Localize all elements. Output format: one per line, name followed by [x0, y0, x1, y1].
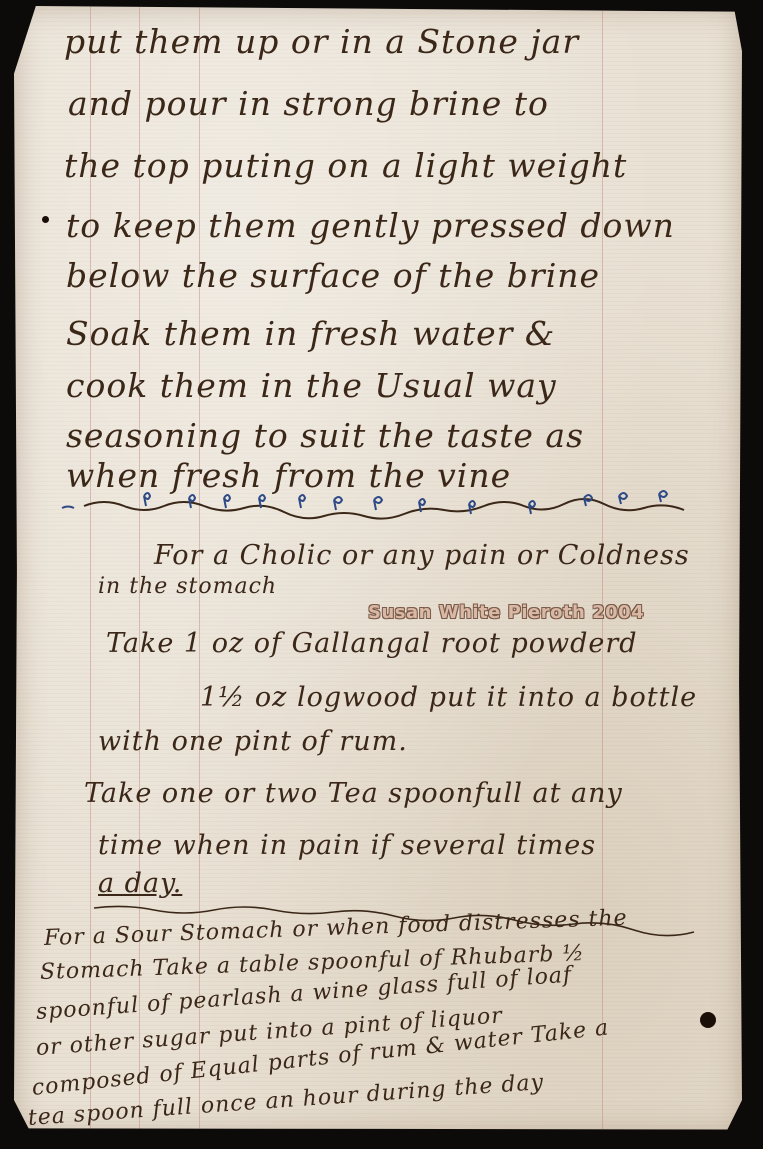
scanned-page-image: put them up or in a Stone jar and pour i… — [0, 0, 763, 1149]
ornamental-divider — [54, 484, 734, 524]
text-line: seasoning to suit the taste as — [66, 416, 584, 455]
text-line: 1½ oz logwood put it into a bottle — [200, 682, 697, 713]
ink-dot — [42, 216, 49, 223]
remedy-heading: in the stomach — [98, 574, 277, 599]
text-line: and pour in strong brine to — [68, 84, 549, 123]
text-line: a day. — [98, 868, 182, 899]
text-line: Take 1 oz of Gallangal root powderd — [106, 628, 638, 659]
manuscript-page: put them up or in a Stone jar and pour i… — [14, 6, 742, 1134]
text-line: put them up or in a Stone jar — [64, 22, 579, 61]
text-line: with one pint of rum. — [98, 726, 408, 757]
text-line: time when in pain if several times — [98, 830, 596, 861]
text-line: Soak them in fresh water & — [66, 314, 555, 353]
copyright-watermark: Susan White Pieroth 2004 — [368, 602, 644, 623]
text-line: below the surface of the brine — [66, 256, 600, 295]
remedy-heading: For a Cholic or any pain or Coldness — [154, 540, 690, 571]
text-line: Take one or two Tea spoonfull at any — [84, 778, 623, 809]
text-line: to keep them gently pressed down — [66, 206, 675, 245]
text-line: the top puting on a light weight — [64, 146, 627, 185]
text-line: cook them in the Usual way — [66, 366, 557, 405]
ink-blot — [700, 1012, 716, 1028]
